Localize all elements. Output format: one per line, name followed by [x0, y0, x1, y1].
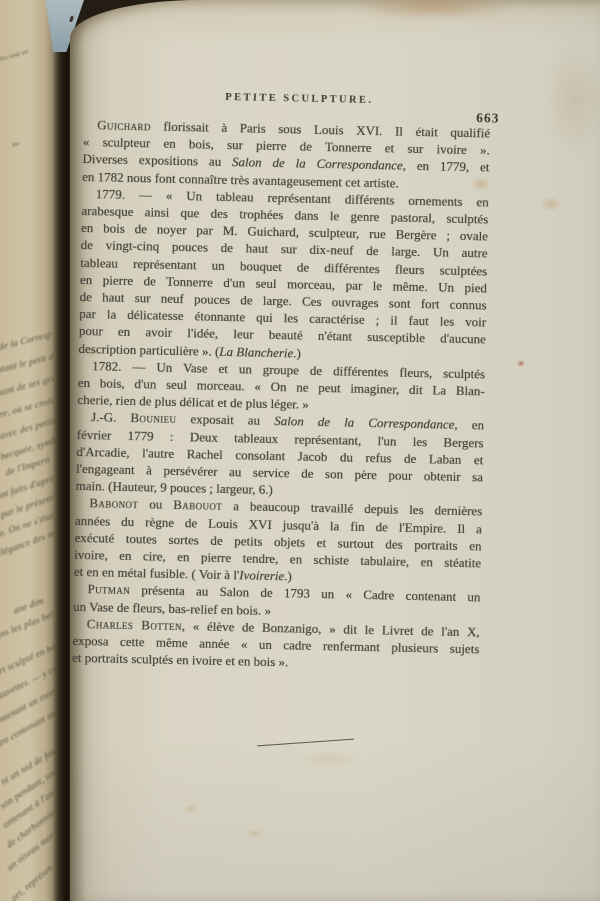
page-content: PETITE SCULPTURE. 663 Guichard florissai… [72, 89, 491, 675]
page-number: 663 [476, 110, 500, 126]
left-page-text-fragment: sentant le petit d [0, 352, 55, 378]
left-page-text-fragment: enant de ses gri [0, 374, 55, 400]
left-page-text-fragment: ans les plus bel [0, 610, 55, 642]
left-page-text-fragment: les tout un [0, 48, 29, 63]
left-page-text-fragment: me [12, 140, 21, 149]
book-photo: les tout unmealon de la Correspsentant l… [0, 0, 600, 901]
page-text: Guichard florissait à Paris sous Louis X… [72, 116, 490, 675]
